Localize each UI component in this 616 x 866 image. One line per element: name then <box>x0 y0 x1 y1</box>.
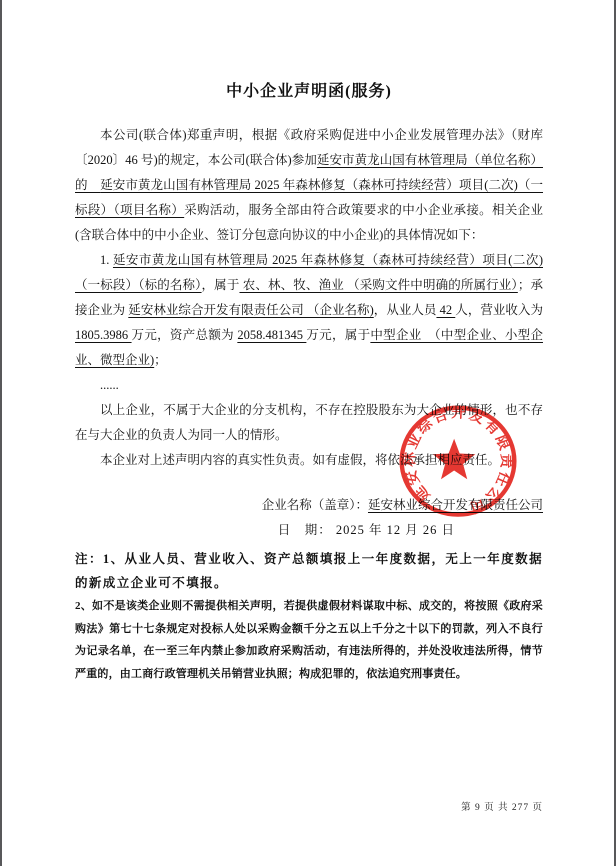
text-segment: 1. <box>100 253 113 267</box>
text-segment: ，从业人员 <box>374 303 437 317</box>
text-segment: 日 期： 2025 年 12 月 26 日 <box>278 523 455 537</box>
page-number: 第 9 页 共 277 页 <box>461 799 543 813</box>
filled-in-value: 农、林、牧、渔业 （采购文件中明确的所属行业） <box>239 278 517 292</box>
text-segment: 注：1、从业人员、营业收入、资产总额填报上一年度数据，无上一年度数据的新成立企业… <box>75 552 543 590</box>
note-2: 2、如不是该类企业则不需提供相关声明，若提供虚假材料谋取中标、成交的，将按照《政… <box>75 595 543 685</box>
filled-in-value: 42 <box>436 303 455 317</box>
ellipsis-line: ...... <box>75 373 543 398</box>
text-segment: 万元，属于 <box>306 328 370 342</box>
text-segment: ...... <box>100 378 119 392</box>
text-segment: 人，营业收入为 <box>455 303 543 317</box>
enterprise-detail: 1. 延安市黄龙山国有林管理局 2025 年森林修复（森林可持续经营）项目(二次… <box>75 248 543 373</box>
filled-in-value: 延安林业综合开发有限责任公司 （企业名称) <box>128 303 373 317</box>
signature-company: 企业名称（盖章）：延安林业综合开发有限责任公司 <box>75 493 543 518</box>
filled-in-value: 1805.3986 <box>75 328 132 342</box>
statement-responsibility: 本企业对上述声明内容的真实性负责。如有虚假，将依法承担相应责任。 <box>75 448 543 473</box>
text-segment: 企业名称（盖章）： <box>262 498 368 512</box>
statement-no-large-enterprise: 以上企业，不属于大企业的分支机构，不存在控股股东为大企业的情形，也不存在与大企业… <box>75 398 543 448</box>
declaration-intro: 本公司(联合体)郑重声明，根据《政府采购促进中小企业发展管理办法》（财库〔202… <box>75 123 543 248</box>
text-segment: 本企业对上述声明内容的真实性负责。如有虚假，将依法承担相应责任。 <box>100 453 500 467</box>
document-content: 中小企业声明函(服务) 本公司(联合体)郑重声明，根据《政府采购促进中小企业发展… <box>75 0 543 685</box>
note-1: 注：1、从业人员、营业收入、资产总额填报上一年度数据，无上一年度数据的新成立企业… <box>75 547 543 595</box>
text-segment: 万元，资产总额为 <box>132 328 238 342</box>
signature-date: 日 期： 2025 年 12 月 26 日 <box>75 518 455 543</box>
page-title: 中小企业声明函(服务) <box>75 78 543 101</box>
text-segment: ，属于 <box>202 278 240 292</box>
text-segment: ； <box>154 353 167 367</box>
text-segment: 2、如不是该类企业则不需提供相关声明，若提供虚假材料谋取中标、成交的，将按照《政… <box>75 600 543 680</box>
document-body: 本公司(联合体)郑重声明，根据《政府采购促进中小企业发展管理办法》（财库〔202… <box>75 123 543 685</box>
filled-in-value: 2058.481345 <box>237 328 306 342</box>
filled-in-value: 延安林业综合开发有限责任公司 <box>368 498 543 512</box>
text-segment: 以上企业，不属于大企业的分支机构，不存在控股股东为大企业的情形，也不存在与大企业… <box>75 403 543 442</box>
document-page: { "title": "中小企业声明函(服务)", "footer": "第 9… <box>0 0 616 866</box>
